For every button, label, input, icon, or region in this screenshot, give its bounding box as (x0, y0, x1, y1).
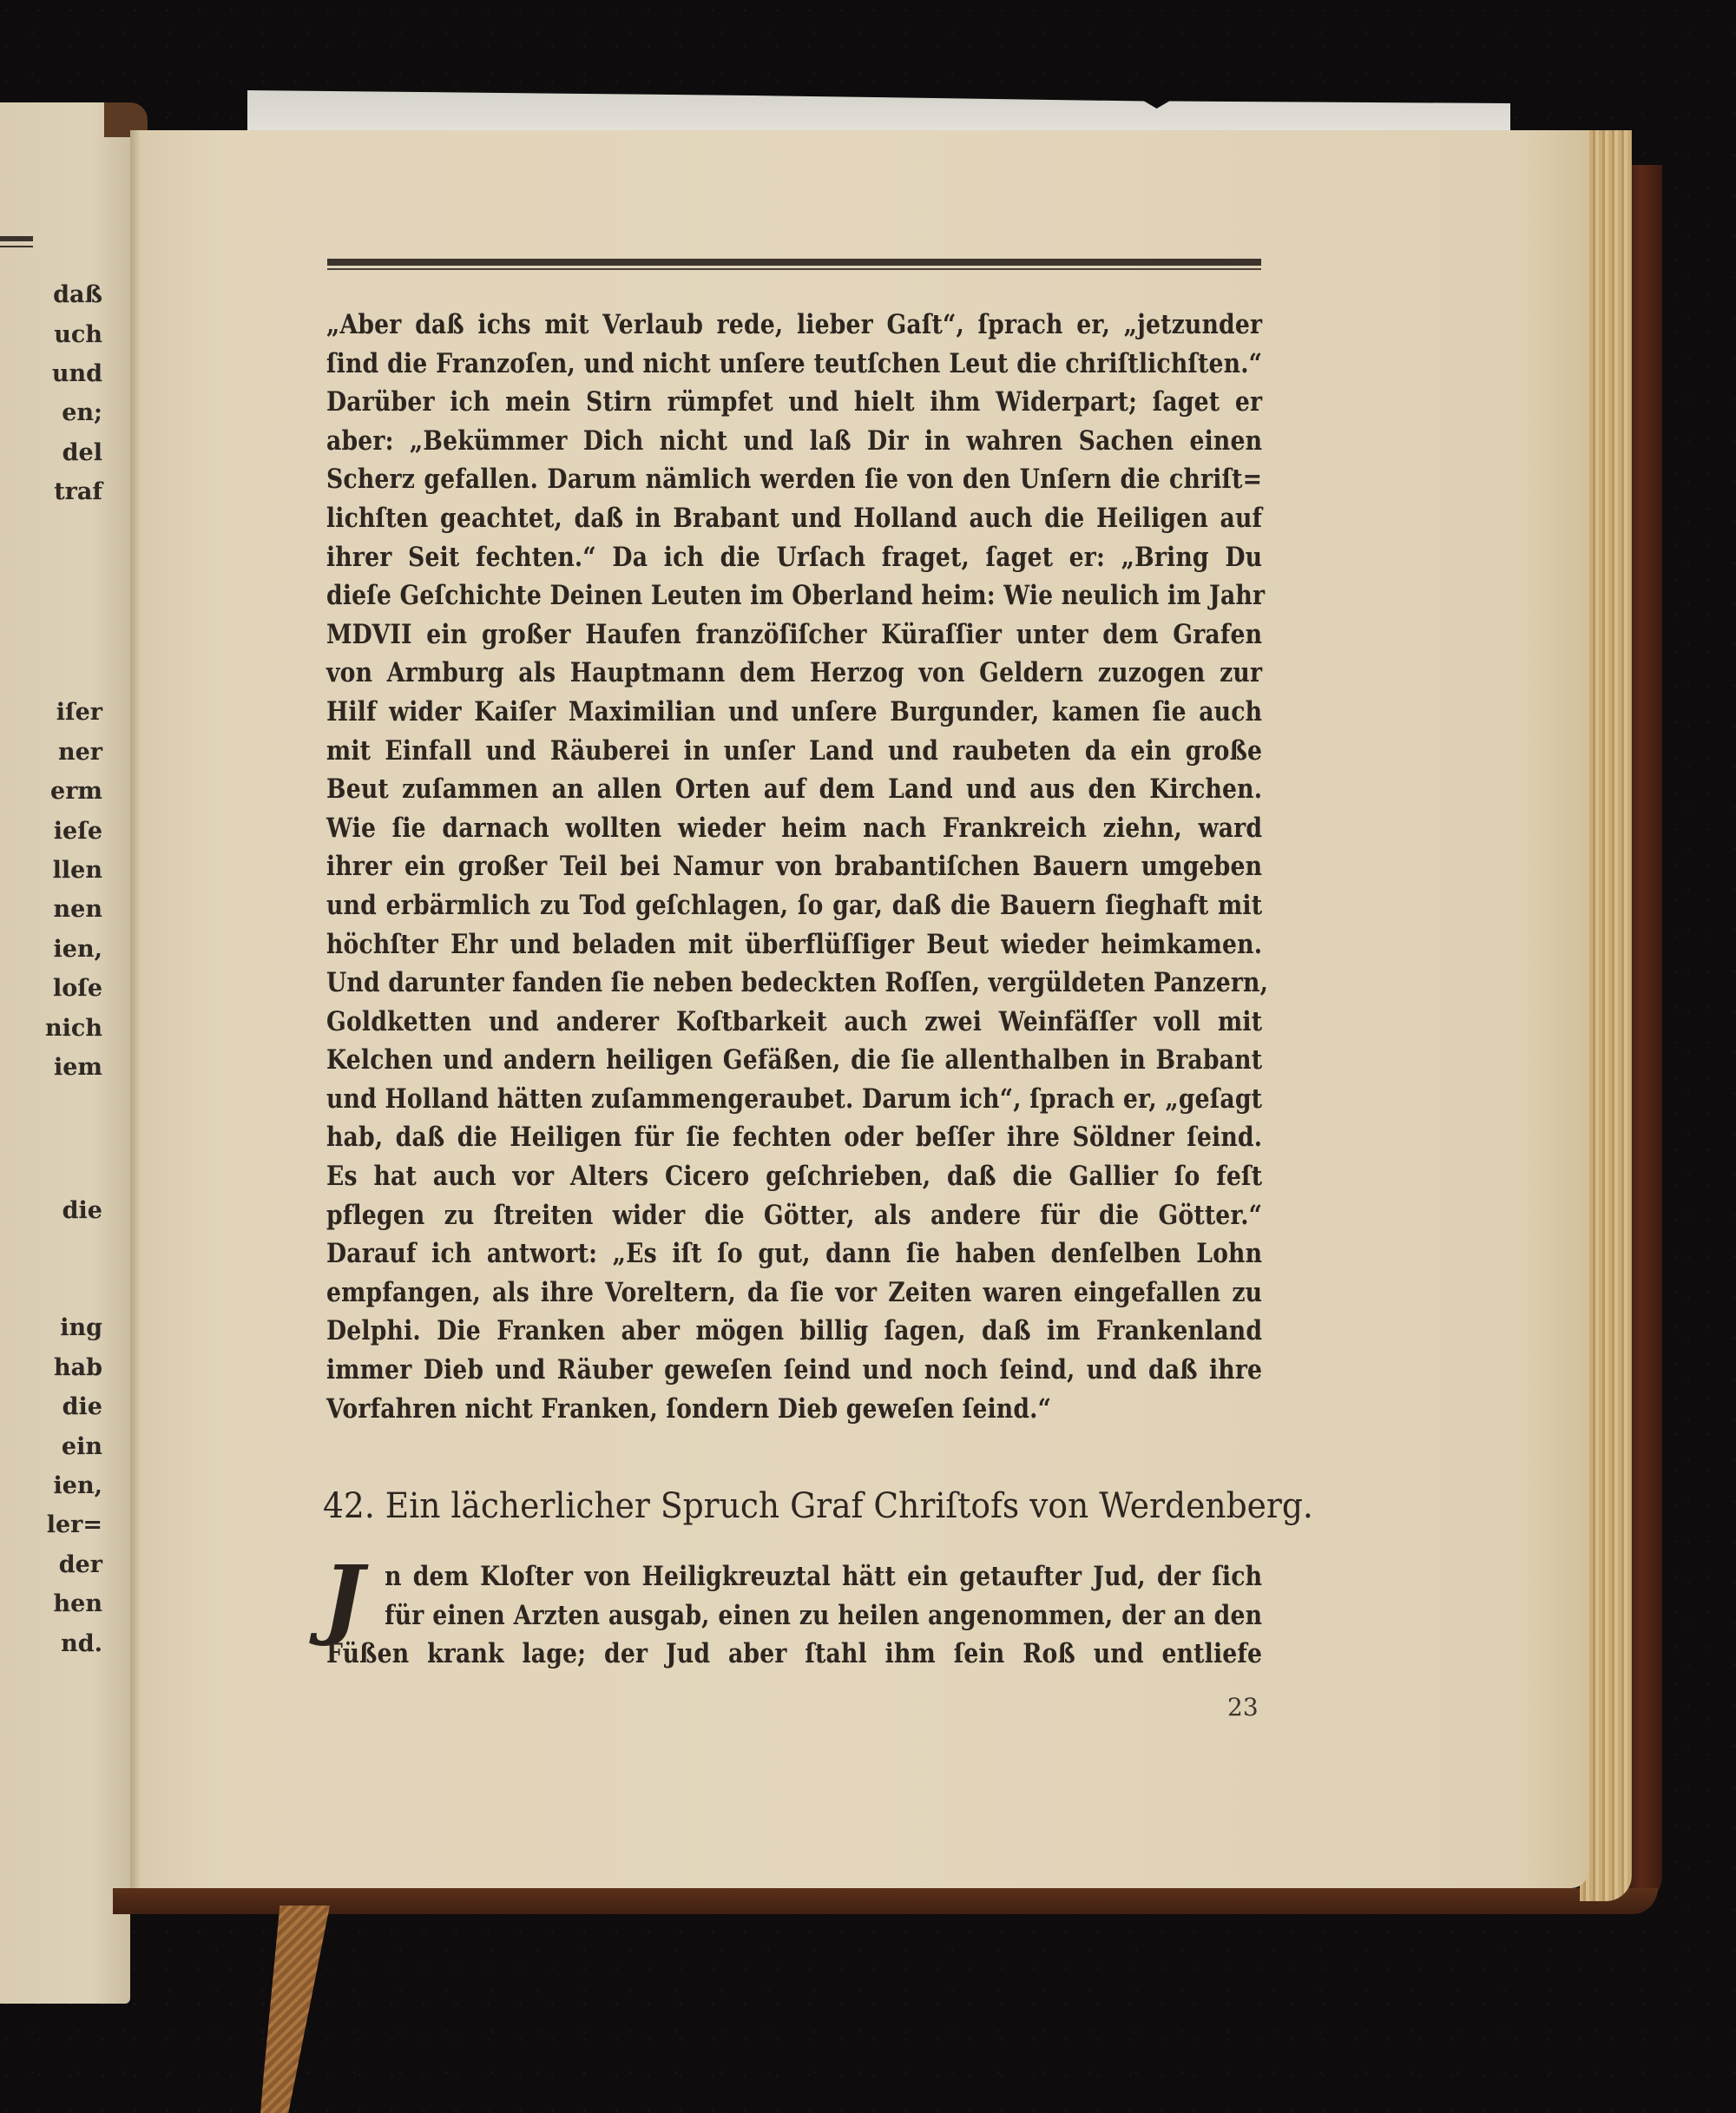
text-line: für einen Arzten ausgab, einen zu heilen… (326, 1596, 1262, 1636)
text-line: Füßen krank lage; der Jud aber ſtahl ihm… (326, 1635, 1262, 1674)
previous-page-fragment: der (0, 1551, 102, 1578)
text-line: Goldketten und anderer Koſtbarkeit auch … (326, 1003, 1262, 1042)
previous-page-fragment: die (0, 1197, 102, 1224)
text-line: Darauf ich antwort: „Es iſt ſo gut, dann… (326, 1234, 1262, 1274)
previous-page-fragment: nd. (0, 1630, 102, 1657)
text-line: Darüber ich mein Stirn rümpfet und hielt… (326, 383, 1262, 422)
text-line: und erbärmlich zu Tod geſchlagen, ſo gar… (326, 886, 1262, 925)
book-cover-bottom-edge (113, 1888, 1658, 1914)
header-rule (327, 259, 1261, 266)
section-body-text: n dem Kloſter von Heiligkreuztal hätt ei… (326, 1557, 1262, 1674)
previous-page-fragment: ler= (0, 1511, 102, 1538)
previous-page-fragment: die (0, 1393, 102, 1420)
text-line: Vorfahren nicht Franken, ſondern Dieb ge… (326, 1390, 1262, 1429)
text-line: Es hat auch vor Alters Cicero geſchriebe… (326, 1157, 1262, 1196)
previous-page-fragment: iem (0, 1054, 102, 1081)
previous-page-fragment: hen (0, 1590, 102, 1617)
text-line: mit Einfall und Räuberei in unſer Land u… (326, 732, 1262, 771)
text-line: Delphi. Die Franken aber mögen billig ſa… (326, 1312, 1262, 1351)
previous-page-fragment: ieſe (0, 818, 102, 845)
previous-page-fragment: uch (0, 321, 102, 348)
previous-page-fragment: ner (0, 739, 102, 766)
previous-page-fragment: en; (0, 399, 102, 426)
previous-page-fragment: und (0, 360, 102, 387)
gutter-shadow (130, 130, 141, 1888)
text-line: ihrer Seit fechten.“ Da ich die Urſach f… (326, 538, 1262, 577)
previous-page-fragment: del (0, 439, 102, 466)
previous-page-fragment: ien, (0, 1472, 102, 1499)
previous-page-fragment: loſe (0, 975, 102, 1002)
previous-page-fragment: llen (0, 857, 102, 884)
previous-page-fragment: ein (0, 1433, 102, 1460)
previous-page-fragment: ien, (0, 936, 102, 963)
previous-page-header-rule-thin (0, 246, 33, 247)
text-line: n dem Kloſter von Heiligkreuztal hätt ei… (326, 1557, 1262, 1596)
text-line: höchſter Ehr und beladen mit überflüſſig… (326, 925, 1262, 964)
text-line: Und darunter fanden ſie neben bedeckten … (326, 964, 1262, 1003)
previous-page-header-rule (0, 236, 33, 241)
previous-page-fragment: nich (0, 1015, 102, 1042)
text-line: Hilf wider Kaiſer Maximilian und unſere … (326, 693, 1262, 732)
previous-page-fragment: daß (0, 281, 102, 308)
text-line: und Holland hätten zuſammengeraubet. Dar… (326, 1080, 1262, 1119)
previous-page-fragment: ing (0, 1314, 102, 1341)
text-line: immer Dieb und Räuber geweſen ſeind und … (326, 1351, 1262, 1390)
text-line: Wie ſie darnach wollten wieder heim nach… (326, 809, 1262, 848)
text-line: Kelchen und andern heiligen Gefäßen, die… (326, 1041, 1262, 1080)
text-line: von Armburg als Hauptmann dem Herzog von… (326, 654, 1262, 693)
previous-page-fragment: erm (0, 778, 102, 805)
text-line: lichſten geachtet, daß in Brabant und Ho… (326, 499, 1262, 538)
previous-page (0, 102, 130, 2004)
text-line: pflegen zu ſtreiten wider die Götter, al… (326, 1196, 1262, 1235)
text-line: dieſe Geſchichte Deinen Leuten im Oberla… (326, 576, 1262, 615)
header-rule-thin (327, 268, 1261, 270)
text-line: ihrer ein großer Teil bei Namur von brab… (326, 847, 1262, 886)
body-text: „Aber daß ichs mit Verlaub rede, lieber … (326, 306, 1262, 1428)
section-heading: 42. Ein lächerlicher Spruch Graf Chriſto… (323, 1486, 1206, 1526)
text-line: hab, daß die Heiligen für ſie fechten od… (326, 1118, 1262, 1157)
previous-page-fragment: traf (0, 478, 102, 505)
page-number: 23 (1227, 1693, 1259, 1721)
previous-page-fragment: hab (0, 1354, 102, 1381)
text-line: „Aber daß ichs mit Verlaub rede, lieber … (326, 306, 1262, 345)
previous-page-fragment: nen (0, 896, 102, 923)
text-line: Beut zuſammen an allen Orten auf dem Lan… (326, 770, 1262, 809)
text-line: MDVII ein großer Haufen franzöſiſcher Kü… (326, 615, 1262, 655)
text-line: empfangen, als ihre Voreltern, da ſie vo… (326, 1274, 1262, 1313)
previous-page-fragment: iſer (0, 699, 102, 726)
text-line: Scherz gefallen. Darum nämlich werden ſi… (326, 460, 1262, 499)
book-cover-edge (1627, 165, 1662, 1910)
text-line: aber: „Bekümmer Dich nicht und laß Dir i… (326, 422, 1262, 461)
text-line: ſind die Franzoſen, und nicht unſere teu… (326, 345, 1262, 384)
